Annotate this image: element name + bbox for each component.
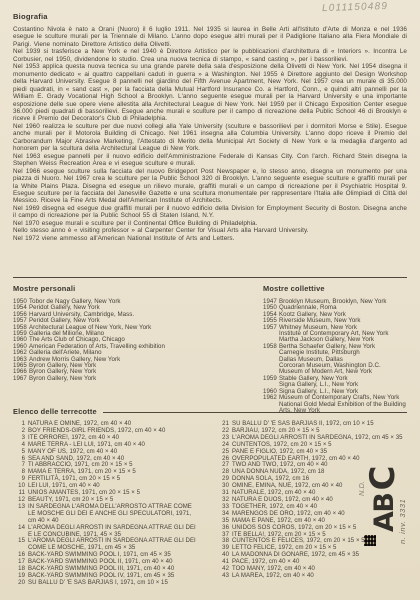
artwork-title: OVERPOPULATED EARTH, 1972, cm 40 × 40 <box>232 456 407 463</box>
section-divider-rule <box>13 277 407 278</box>
artwork-number: 38 <box>218 538 229 545</box>
artwork-number: 21 <box>218 421 229 428</box>
artwork-title: FERTILITÀ, 1971, cm 20 × 15 × 5 <box>28 476 196 483</box>
artwork-number: 42 <box>218 566 229 573</box>
artwork-entry: 13IN SARDEGNA L'AROMA DELL'ARROSTO ATTRA… <box>14 504 218 525</box>
artwork-number: 2 <box>14 428 25 435</box>
artwork-entry: 43LA MAREA, 1972, cm 40 × 40 <box>218 573 407 580</box>
bio-paragraph: Nel 1972 viene ammesso all'American Nati… <box>13 235 407 242</box>
solo-exhibitions-list: 1950Tobor de Nagy Gallery, New York1954P… <box>13 299 263 382</box>
artwork-number: 28 <box>218 469 229 476</box>
artwork-entry: 12BEAUTY, 1971, cm 20 × 15 × 5 <box>14 497 218 504</box>
artwork-title: SU BALLU D' 'E SAS BARJIAS I, 1971, cm 1… <box>28 580 196 587</box>
terracotta-list-title: Elenco delle terrecotte <box>13 407 97 416</box>
artwork-title: BACK-YARD SWIMMING POOL III, 1971, cm 40… <box>28 566 196 573</box>
artwork-entry: 4MARE TERRA - LEI LUI, 1971, cm 40 × 40 <box>14 442 218 449</box>
bio-paragraph: Nel 1966 esegue sculture sulla facciata … <box>13 168 407 205</box>
artwork-number: 8 <box>14 469 25 476</box>
bio-paragraph: Nel 1939 si trasferisce a New York e nel… <box>13 48 407 63</box>
artwork-title: MARE TERRA - LEI LUI, 1971, cm 40 × 40 <box>28 442 196 449</box>
bio-paragraph: Nel 1963 esegue pannelli per il nuovo ed… <box>13 153 407 168</box>
artwork-number: 27 <box>218 462 229 469</box>
artwork-number: 29 <box>218 476 229 483</box>
bio-paragraph: Nel 1960 realizza le sculture per due nu… <box>13 123 407 153</box>
collection-stamp: AB C <box>364 466 396 546</box>
artwork-number: 13 <box>14 504 25 525</box>
exhibitions-section: Mostre personali 1950Tobor de Nagy Galle… <box>13 284 407 414</box>
artwork-number: 5 <box>14 449 25 456</box>
artwork-entry: 11UNIOS AMANTES, 1971, cm 20 × 15 × 5 <box>14 490 218 497</box>
artwork-title: BACK-YARD SWIMMING POOL II, 1971, cm 40 … <box>28 559 196 566</box>
stamp-letters: AB <box>374 494 396 532</box>
artwork-number: 20 <box>14 580 25 587</box>
artwork-number: 15 <box>14 538 25 552</box>
artwork-number: 30 <box>218 483 229 490</box>
artwork-entry: 39LETTO FELICE, 1972, cm 20 × 15 × 5 <box>218 545 407 552</box>
artwork-title: IN SARDEGNA L'AROMA DELL'ARROSTO ATTRAE … <box>28 504 196 525</box>
artwork-number: 36 <box>218 525 229 532</box>
terracotta-list-left-column: 1NATURA E OMINE, 1972, cm 40 × 402BOY FR… <box>14 421 218 587</box>
artwork-number: 32 <box>218 497 229 504</box>
stamp-mark-icon <box>364 535 376 546</box>
artwork-number: 34 <box>218 511 229 518</box>
artwork-number: 25 <box>218 449 229 456</box>
artwork-title: SU BALLU D' 'E SAS BARJIAS II, 1972, cm … <box>232 421 407 428</box>
bio-paragraph: Costantino Nivola è nato a Orani (Nuoro)… <box>13 26 407 48</box>
artwork-number: 4 <box>14 442 25 449</box>
artwork-entry: 24CUNTENTOS, 1972, cm 20 × 15 × 5 <box>218 442 407 449</box>
artwork-entry: 6SEA AND SAND, 1972, cm 40 × 40 <box>14 456 218 463</box>
artwork-number: 35 <box>218 518 229 525</box>
artwork-number: 9 <box>14 476 25 483</box>
artwork-entry: 42TOO MANY, 1972, cm 40 × 40 <box>218 566 407 573</box>
artwork-title: BEAUTY, 1971, cm 20 × 15 × 5 <box>28 497 196 504</box>
artwork-number: 12 <box>14 497 25 504</box>
exhibition-venue: Byron Gallery, New York <box>29 376 263 382</box>
artwork-entry: 16BACK-YARD SWIMMING POOL I, 1971, cm 45… <box>14 552 218 559</box>
artwork-title: TI ABBRACCIO, 1971, cm 20 × 15 × 5 <box>28 462 196 469</box>
artwork-entry: 19BACK-YARD SWIMMING POOL IV, 1971, cm 4… <box>14 573 218 580</box>
artwork-title: L'AROMA DEGLI ARROSTI IN SARDEGNA ATTRAE… <box>28 538 196 552</box>
artwork-entry: 41PACE, 1972, cm 40 × 40 <box>218 559 407 566</box>
stamp-letter-large: C <box>370 467 396 491</box>
artwork-entry: 21SU BALLU D' 'E SAS BARJIAS II, 1972, c… <box>218 421 407 428</box>
artwork-number: 7 <box>14 462 25 469</box>
artwork-title: BOY FRIENDS-GIRL FRIENDS, 1972, cm 40 × … <box>28 428 196 435</box>
artwork-title: LA MADONNA DI GONARE, 1972, cm 45 × 35 <box>232 552 407 559</box>
artwork-title: SEA AND SAND, 1972, cm 40 × 40 <box>28 456 196 463</box>
artwork-entry: 40LA MADONNA DI GONARE, 1972, cm 45 × 35 <box>218 552 407 559</box>
artwork-entry: 5MANY OF US, 1972, cm 40 × 40 <box>14 449 218 456</box>
artwork-entry: 14L'AROMA DEGLI ARROSTI IN SARDEGNA ATTR… <box>14 525 218 539</box>
artwork-title: BACK-YARD SWIMMING POOL I, 1971, cm 45 ×… <box>28 552 196 559</box>
artwork-entry: 9FERTILITÀ, 1971, cm 20 × 15 × 5 <box>14 476 218 483</box>
artwork-entry: 17BACK-YARD SWIMMING POOL II, 1971, cm 4… <box>14 559 218 566</box>
artwork-entry: 18BACK-YARD SWIMMING POOL III, 1971, cm … <box>14 566 218 573</box>
bio-paragraph: Nello stesso anno è « visiting professor… <box>13 227 407 234</box>
artwork-number: 6 <box>14 456 25 463</box>
artwork-title: NATURA E OMINE, 1972, cm 40 × 40 <box>28 421 196 428</box>
bio-paragraph: Nel 1969 disegna ed esegue due graffiti … <box>13 205 407 220</box>
exhibition-entry: 1967Byron Gallery, New York <box>13 376 263 382</box>
exhibition-year: 1967 <box>13 376 29 382</box>
artwork-number: 26 <box>218 456 229 463</box>
artwork-title: BACK-YARD SWIMMING POOL IV, 1971, cm 45 … <box>28 573 196 580</box>
artwork-number: 3 <box>14 435 25 442</box>
terracotta-list: 1NATURA E OMINE, 1972, cm 40 × 402BOY FR… <box>14 421 407 587</box>
artwork-entry: 22BARJIAU, 1972, cm 20 × 15 × 5 <box>218 428 407 435</box>
group-exhibitions-column: Mostre collettive 1947Brooklyn Museum, B… <box>263 284 407 414</box>
artwork-number: 10 <box>14 483 25 490</box>
artwork-title: TOO MANY, 1972, cm 40 × 40 <box>232 566 407 573</box>
bio-paragraph: Nel 1970 esegue murali e sculture per il… <box>13 220 407 227</box>
artwork-number: 37 <box>218 532 229 539</box>
artwork-title: L'AROMA DEGLI ARROSTI IN SARDEGNA, 1972,… <box>232 435 407 442</box>
artwork-title: LETTO FELICE, 1972, cm 20 × 15 × 5 <box>232 545 407 552</box>
bio-paragraph: Nel 1953 applica questa nuova tecnica su… <box>13 63 407 123</box>
handwritten-nd-note: N.D. <box>357 466 366 496</box>
artwork-number: 11 <box>14 490 25 497</box>
artwork-number: 22 <box>218 428 229 435</box>
group-exhibitions-list: 1947Brooklyn Museum, Brooklyn, New York1… <box>263 299 407 414</box>
artwork-title: PACE, 1972, cm 40 × 40 <box>232 559 407 566</box>
artwork-entry: 23L'AROMA DEGLI ARROSTI IN SARDEGNA, 197… <box>218 435 407 442</box>
artwork-number: 43 <box>218 573 229 580</box>
biography-text: Costantino Nivola è nato a Orani (Nuoro)… <box>13 26 407 242</box>
solo-exhibitions-title: Mostre personali <box>13 284 263 293</box>
handwritten-inventory-code: L011150489 <box>322 1 388 14</box>
artwork-title: UNIOS AMANTES, 1971, cm 20 × 15 × 5 <box>28 490 196 497</box>
artwork-entry: 15L'AROMA DEGLI ARROSTI IN SARDEGNA ATTR… <box>14 538 218 552</box>
group-exhibitions-title: Mostre collettive <box>263 284 407 293</box>
artwork-title: LA MAREA, 1972, cm 40 × 40 <box>232 573 407 580</box>
artwork-entry: 10LEI LUI, 1971, cm 40 × 40 <box>14 483 218 490</box>
artwork-title: PANE E FIGLIO, 1972, cm 40 × 35 <box>232 449 407 456</box>
artwork-number: 40 <box>218 552 229 559</box>
artwork-number: 17 <box>14 559 25 566</box>
artwork-number: 19 <box>14 573 25 580</box>
artwork-entry: 26OVERPOPULATED EARTH, 1972, cm 40 × 40 <box>218 456 407 463</box>
artwork-entry: 25PANE E FIGLIO, 1972, cm 40 × 35 <box>218 449 407 456</box>
artwork-title: MANY OF US, 1972, cm 40 × 40 <box>28 449 196 456</box>
artwork-number: 39 <box>218 545 229 552</box>
artwork-entry: 1NATURA E OMINE, 1972, cm 40 × 40 <box>14 421 218 428</box>
artwork-title: L'AROMA DEGLI ARROSTI IN SARDEGNA ATTRAE… <box>28 525 196 539</box>
catalog-page: L011150489 Biografia Costantino Nivola è… <box>0 0 420 600</box>
artwork-number: 41 <box>218 559 229 566</box>
artwork-entry: 7TI ABBRACCIO, 1971, cm 20 × 15 × 5 <box>14 462 218 469</box>
artwork-entry: 2BOY FRIENDS-GIRL FRIENDS, 1972, cm 40 ×… <box>14 428 218 435</box>
artwork-entry: 20SU BALLU D' 'E SAS BARJIAS I, 1971, cm… <box>14 580 218 587</box>
artwork-number: 1 <box>14 421 25 428</box>
artwork-number: 24 <box>218 442 229 449</box>
artwork-title: BARJIAU, 1972, cm 20 × 15 × 5 <box>232 428 407 435</box>
solo-exhibitions-column: Mostre personali 1950Tobor de Nagy Galle… <box>13 284 263 414</box>
artwork-number: 16 <box>14 552 25 559</box>
artwork-number: 14 <box>14 525 25 539</box>
title-trailing-rule <box>103 412 407 413</box>
artwork-title: LEI LUI, 1971, cm 40 × 40 <box>28 483 196 490</box>
artwork-title: CUNTENTOS, 1972, cm 20 × 15 × 5 <box>232 442 407 449</box>
biography-title: Biografia <box>13 12 48 21</box>
artwork-number: 18 <box>14 566 25 573</box>
artwork-number: 33 <box>218 504 229 511</box>
handwritten-inventory-number: n. inv. 3331 <box>398 454 407 544</box>
terracotta-section-header: Elenco delle terrecotte <box>13 407 407 416</box>
artwork-title: ITE ORRORE!, 1972, cm 40 × 40 <box>28 435 196 442</box>
artwork-number: 31 <box>218 490 229 497</box>
artwork-entry: 3ITE ORRORE!, 1972, cm 40 × 40 <box>14 435 218 442</box>
artwork-number: 23 <box>218 435 229 442</box>
